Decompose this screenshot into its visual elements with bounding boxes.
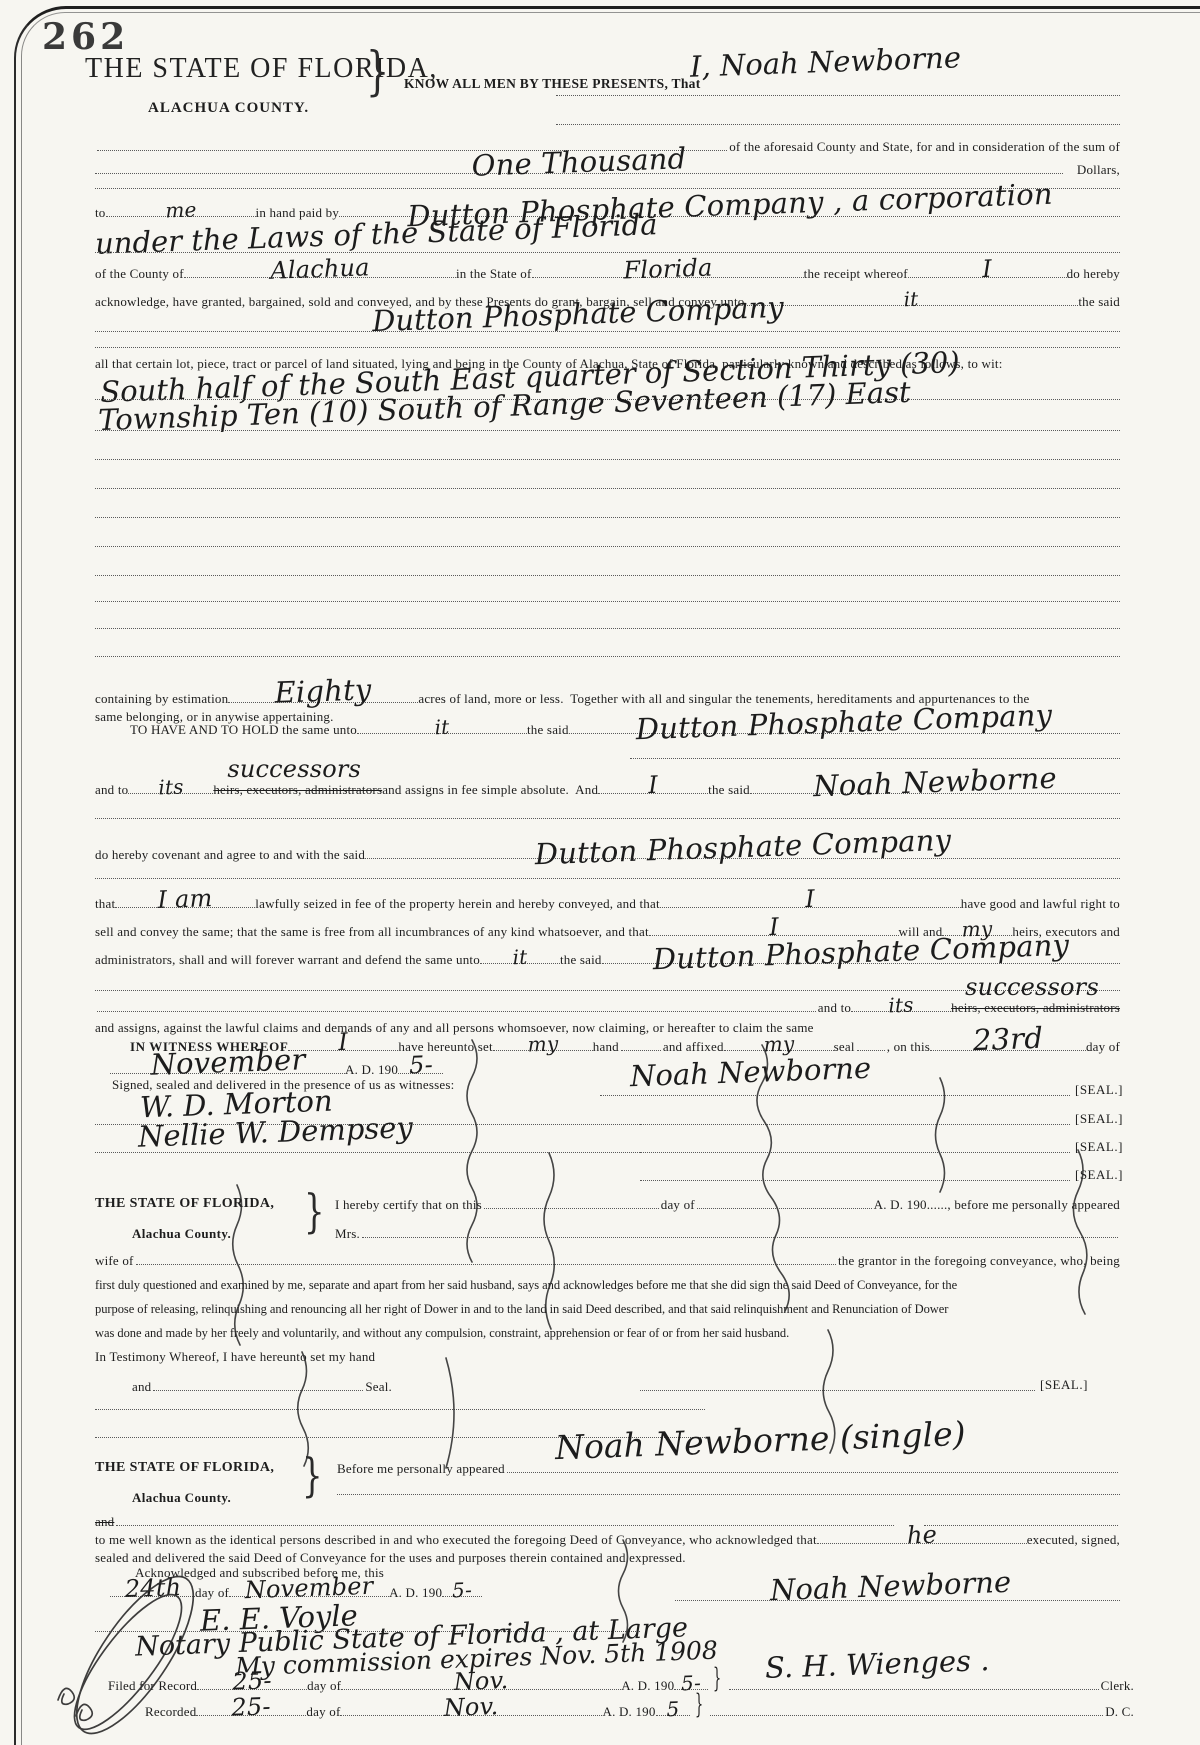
unto-blank: it bbox=[744, 302, 1078, 306]
dotted-rule bbox=[95, 488, 1120, 489]
sell-text: sell and convey the same; that the same … bbox=[95, 925, 649, 940]
hw-its: its bbox=[888, 995, 914, 1016]
ack-brace: } bbox=[302, 1452, 322, 1498]
dotted-rule bbox=[95, 601, 1120, 602]
known-text: to me well known as the identical person… bbox=[95, 1533, 817, 1548]
my-blank: my bbox=[493, 1047, 593, 1051]
hw-month: November bbox=[150, 1045, 306, 1079]
recorded-month-blank: Nov. bbox=[340, 1712, 602, 1716]
hw-recorded-day: 25- bbox=[231, 1694, 271, 1719]
i-blank: I bbox=[660, 904, 961, 908]
dotted-rule bbox=[95, 517, 1120, 518]
recorded-day-blank: 25- bbox=[196, 1712, 306, 1716]
hw-state: Florida bbox=[623, 255, 713, 282]
year-blank: 5- bbox=[442, 1593, 482, 1597]
dotted-rule bbox=[484, 1205, 659, 1209]
receipt-label: the receipt whereof bbox=[804, 267, 908, 282]
right-to-text: have good and lawful right to bbox=[961, 897, 1120, 912]
it-blank: it bbox=[480, 960, 560, 964]
dotted-rule bbox=[507, 1469, 1118, 1473]
dollars-label: Dollars, bbox=[1077, 163, 1120, 178]
dotted-rule bbox=[95, 878, 1120, 879]
covenant-text: do hereby covenant and agree to and with… bbox=[95, 848, 365, 863]
seal-label: [SEAL.] bbox=[1075, 1139, 1123, 1155]
dotted-rule bbox=[556, 95, 1120, 96]
hw-successors: successors bbox=[227, 757, 361, 781]
day-of-label: day of bbox=[195, 1586, 229, 1601]
seal-rule bbox=[640, 1124, 1070, 1125]
heirs-struck-text: heirs, executors, administrators bbox=[213, 782, 382, 797]
wife-of-label: wife of bbox=[95, 1254, 134, 1269]
unto-blank: it bbox=[357, 730, 527, 734]
assigns-text: and assigns in fee simple absolute. And bbox=[382, 783, 598, 798]
ad-label: A. D. 190 bbox=[621, 1679, 674, 1694]
dotted-rule bbox=[621, 1047, 661, 1051]
before-line: Before me personally appeared bbox=[337, 1462, 1120, 1477]
dotted-rule bbox=[97, 1008, 816, 1012]
hw-i: I bbox=[338, 1030, 349, 1054]
day-of-label: day of bbox=[307, 1679, 341, 1694]
paid-to-blank: me bbox=[106, 213, 256, 217]
county-state-line: of the County of Alachua in the State of… bbox=[95, 267, 1120, 282]
receipt-blank: I bbox=[908, 274, 1067, 278]
page-number: 262 bbox=[42, 16, 129, 58]
and-to-label: and to bbox=[818, 1001, 851, 1016]
year-blank: 5- bbox=[398, 1070, 443, 1074]
successors-line: and to its heirs, executors, administrat… bbox=[95, 1001, 1120, 1016]
struck-and: and bbox=[95, 1515, 114, 1530]
dower-para3: was done and made by her freely and volu… bbox=[95, 1326, 789, 1341]
covenant-line: do hereby covenant and agree to and with… bbox=[95, 848, 1120, 863]
dotted-rule bbox=[136, 1261, 836, 1265]
state-blank: Florida bbox=[532, 274, 804, 278]
sealed-line: sealed and delivered the said Deed of Co… bbox=[95, 1551, 686, 1566]
and-seal-line: and Seal. bbox=[132, 1380, 392, 1395]
testimony-text: In Testimony Whereof, I have hereunto se… bbox=[95, 1350, 375, 1365]
executed-text: executed, signed, bbox=[1027, 1533, 1120, 1548]
recorded-year-blank: 5 bbox=[656, 1712, 690, 1716]
dower-para2: purpose of releasing, relinquishing and … bbox=[95, 1302, 948, 1317]
hw-i: I bbox=[982, 257, 993, 281]
testimony-line: In Testimony Whereof, I have hereunto se… bbox=[95, 1350, 375, 1365]
heirs-struck-text: heirs, executors, administrators bbox=[951, 1000, 1120, 1015]
seized-line: that I am lawfully seized in fee of the … bbox=[95, 897, 1120, 912]
hw-year: 5- bbox=[452, 1580, 473, 1601]
amount-line: One Thousand Dollars, bbox=[95, 163, 1120, 178]
recorded-line: Recorded 25- day of Nov. A. D. 190 5 } D… bbox=[145, 1702, 1134, 1720]
to-have-line: TO HAVE AND TO HOLD the same unto it the… bbox=[130, 723, 1120, 738]
hw-acres: Eighty bbox=[274, 675, 372, 707]
ad-label: A. D. 190 bbox=[389, 1586, 442, 1601]
dower-county-label: Alachua County. bbox=[132, 1226, 231, 1242]
affixed-label: and affixed bbox=[663, 1040, 724, 1055]
ad-text: A. D. 190......, before me personally ap… bbox=[874, 1198, 1120, 1213]
dotted-rule bbox=[95, 656, 1120, 657]
dc-label: D. C. bbox=[1105, 1705, 1134, 1720]
do-hereby-label: do hereby bbox=[1067, 267, 1120, 282]
header-brace: } bbox=[366, 46, 389, 98]
recorded-brace: } bbox=[695, 1689, 703, 1720]
seized-text: lawfully seized in fee of the property h… bbox=[255, 897, 659, 912]
county-blank: Alachua bbox=[184, 274, 456, 278]
the-said-label: the said bbox=[527, 723, 569, 738]
hw-my: my bbox=[527, 1033, 558, 1054]
the-said-label: the said bbox=[1078, 295, 1120, 310]
admins-text: administrators, shall and will forever w… bbox=[95, 953, 480, 968]
grantee-blank: Dutton Phosphate Company bbox=[602, 960, 1120, 964]
dotted-rule bbox=[95, 252, 1120, 253]
seal-rule bbox=[640, 1152, 1070, 1153]
dower-brace: } bbox=[304, 1188, 324, 1234]
seal-label: [SEAL.] bbox=[1075, 1167, 1123, 1183]
wife-of-line: wife of the grantor in the foregoing con… bbox=[95, 1254, 1120, 1269]
amount-blank: One Thousand bbox=[95, 170, 1063, 174]
dotted-rule bbox=[95, 459, 1120, 460]
hw-its: its bbox=[158, 777, 184, 798]
claims-text: and assigns, against the lawful claims a… bbox=[95, 1021, 814, 1036]
sealed-text: sealed and delivered the said Deed of Co… bbox=[95, 1551, 686, 1566]
filed-label: Filed for Record bbox=[108, 1679, 197, 1694]
i-blank: I bbox=[598, 790, 708, 794]
mrs-label: Mrs. bbox=[335, 1227, 360, 1242]
seal-word: Seal. bbox=[365, 1380, 392, 1395]
the-said-label: the said bbox=[560, 953, 602, 968]
containing-label: containing by estimation bbox=[95, 692, 228, 707]
ack-state-title: THE STATE OF FLORIDA, bbox=[95, 1460, 274, 1476]
hw-recorded-month: Nov. bbox=[444, 1694, 499, 1720]
dotted-rule bbox=[95, 1152, 730, 1153]
month-blank: November bbox=[229, 1593, 389, 1597]
dotted-rule bbox=[924, 1522, 1118, 1526]
dotted-rule bbox=[729, 1686, 1099, 1690]
know-all-men-label: KNOW ALL MEN BY THESE PRESENTS, That bbox=[404, 76, 701, 92]
day-blank: 24th bbox=[110, 1593, 195, 1597]
claims-line: and assigns, against the lawful claims a… bbox=[95, 1021, 1120, 1036]
hw-year: 5- bbox=[408, 1053, 433, 1078]
filed-brace: } bbox=[713, 1663, 721, 1694]
dotted-rule bbox=[710, 1712, 1103, 1716]
hw-it: it bbox=[904, 289, 920, 310]
filed-day-blank: 25- bbox=[197, 1686, 307, 1690]
dotted-rule bbox=[95, 628, 1120, 629]
dotted-rule bbox=[95, 331, 1120, 332]
hw-filed-month: Nov. bbox=[453, 1668, 508, 1694]
acres-blank: Eighty bbox=[228, 699, 418, 703]
ack-county-label: Alachua County. bbox=[132, 1490, 231, 1506]
seal-rule bbox=[640, 1180, 1070, 1181]
dotted-rule bbox=[630, 758, 1120, 759]
date-line: November A. D. 190 5- bbox=[110, 1063, 550, 1078]
struck-and-line: and bbox=[95, 1515, 1120, 1530]
grantee-blank: Dutton Phosphate Company bbox=[365, 855, 1120, 859]
aforesaid-text: of the aforesaid County and State, for a… bbox=[729, 140, 1120, 155]
dower-para1: first duly questioned and examined by me… bbox=[95, 1278, 957, 1293]
hw-it: it bbox=[434, 717, 450, 738]
on-this-label: , on this bbox=[887, 1040, 930, 1055]
recorded-label: Recorded bbox=[145, 1705, 196, 1720]
known-line: to me well known as the identical person… bbox=[95, 1533, 1120, 1548]
hw-i: I bbox=[648, 773, 659, 797]
deed-page: 262 THE STATE OF FLORIDA, } KNOW ALL MEN… bbox=[0, 0, 1200, 1745]
dotted-rule bbox=[697, 1205, 872, 1209]
its-blank: its bbox=[128, 790, 213, 794]
hw-day: 23rd bbox=[972, 1024, 1043, 1055]
dotted-rule bbox=[337, 1494, 1120, 1495]
dotted-rule bbox=[556, 124, 1120, 125]
seal-rule bbox=[640, 1390, 1035, 1391]
hw-i: I bbox=[768, 915, 779, 939]
month-blank: November bbox=[110, 1070, 345, 1074]
hw-it: it bbox=[512, 947, 528, 968]
the-said-label: the said bbox=[708, 783, 750, 798]
mrs-line: Mrs. bbox=[335, 1227, 1120, 1242]
dotted-rule bbox=[95, 818, 1120, 819]
hw-county: Alachua bbox=[270, 255, 370, 282]
ad-label: A. D. 190 bbox=[602, 1705, 655, 1720]
its-blank: its bbox=[851, 1008, 951, 1012]
signature-rule bbox=[675, 1600, 1120, 1601]
grantee-blank: Dutton Phosphate Company bbox=[569, 730, 1120, 734]
of-county-label: of the County of bbox=[95, 267, 184, 282]
struck-heirs: heirs, executors, administratorssuccesso… bbox=[951, 1001, 1120, 1016]
hand-label: hand bbox=[593, 1040, 619, 1055]
he-blank: he bbox=[817, 1540, 1027, 1544]
dotted-rule bbox=[116, 1522, 893, 1526]
signature-rule bbox=[600, 1095, 1070, 1096]
hw-day: 24th bbox=[124, 1575, 181, 1601]
dotted-rule bbox=[95, 347, 1120, 348]
grantor-blank: Noah Newborne bbox=[750, 790, 1120, 794]
that-label: that bbox=[95, 897, 115, 912]
i-am-blank: I am bbox=[115, 904, 255, 908]
grantor-line-text: the grantor in the foregoing conveyance,… bbox=[838, 1254, 1120, 1269]
hw-recorded-year: 5 bbox=[666, 1699, 680, 1719]
grantor-signature: Noah Newborne bbox=[630, 1054, 872, 1091]
clerk-label: Clerk. bbox=[1101, 1679, 1134, 1694]
dotted-rule bbox=[95, 575, 1120, 576]
dotted-rule bbox=[95, 546, 1120, 547]
certify-text: I hereby certify that on this bbox=[335, 1198, 482, 1213]
struck-heirs: heirs, executors, administratorssuccesso… bbox=[213, 783, 382, 798]
day-blank: 23rd bbox=[930, 1047, 1086, 1051]
filed-month-blank: Nov. bbox=[341, 1686, 621, 1690]
dower-certify-line: I hereby certify that on this day of A. … bbox=[335, 1198, 1120, 1213]
dotted-rule bbox=[153, 1387, 363, 1391]
county-label: ALACHUA COUNTY. bbox=[148, 100, 309, 117]
day-of-label: day of bbox=[661, 1198, 695, 1213]
dotted-rule bbox=[362, 1234, 1118, 1238]
dotted-rule bbox=[95, 430, 1120, 431]
hw-i-am: I am bbox=[157, 886, 213, 912]
my-blank: my bbox=[724, 1047, 834, 1051]
seal-label: [SEAL.] bbox=[1075, 1111, 1123, 1127]
to-have-label: TO HAVE AND TO HOLD the same unto bbox=[130, 723, 357, 738]
to-label: to bbox=[95, 206, 106, 221]
hw-successors: successors bbox=[965, 975, 1099, 999]
dotted-rule bbox=[95, 1409, 705, 1410]
hw-he: he bbox=[906, 1522, 937, 1547]
dower-state-title: THE STATE OF FLORIDA, bbox=[95, 1196, 274, 1212]
before-text: Before me personally appeared bbox=[337, 1462, 505, 1477]
hw-my2: my bbox=[763, 1033, 794, 1054]
hw-i: I bbox=[805, 887, 816, 911]
and-label: and bbox=[132, 1380, 151, 1395]
seal-label: [SEAL.] bbox=[1040, 1377, 1088, 1393]
day-of-label: day of bbox=[1086, 1040, 1120, 1055]
heirs-assigns-line: and to its heirs, executors, administrat… bbox=[95, 783, 1120, 798]
and-to-label: and to bbox=[95, 783, 128, 798]
hw-amount: One Thousand bbox=[471, 144, 687, 180]
day-of-label: day of bbox=[306, 1705, 340, 1720]
warrant-line: administrators, shall and will forever w… bbox=[95, 953, 1120, 968]
hw-filed-day: 25- bbox=[232, 1668, 272, 1693]
hw-grantor-name: Noah Newborne bbox=[813, 764, 1058, 801]
in-state-label: in the State of bbox=[456, 267, 532, 282]
ad-label: A. D. 190 bbox=[345, 1063, 398, 1078]
hw-me: me bbox=[165, 199, 197, 220]
seal-label: [SEAL.] bbox=[1075, 1082, 1123, 1098]
